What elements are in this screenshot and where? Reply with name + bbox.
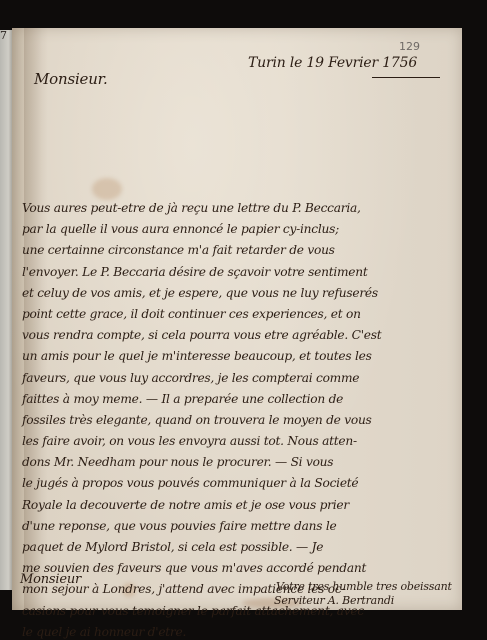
body-line: me souvien des faveurs que vous m'aves a… bbox=[22, 558, 452, 579]
folio-number: 129 bbox=[399, 40, 420, 53]
body-line: dons Mr. Needham pour nous le procurer. … bbox=[22, 452, 452, 473]
body-line: et celuy de vos amis, et je espere, que … bbox=[22, 283, 452, 304]
body-line: paquet de Mylord Bristol, si cela est po… bbox=[22, 537, 452, 558]
body-line: vous rendra compte, si cela pourra vous … bbox=[22, 325, 452, 346]
dateline: Turin le 19 Fevrier 1756 bbox=[248, 55, 417, 71]
body-line: d'une reponse, que vous pouvies faire me… bbox=[22, 516, 452, 537]
body-line: faveurs, que vous luy accordres, je les … bbox=[22, 368, 452, 389]
document-scan: 7 129 Turin le 19 Fevrier 1756 Monsieur.… bbox=[0, 0, 487, 640]
body-line: Royale la decouverte de notre amis et je… bbox=[22, 495, 452, 516]
body-line: point cette grace, il doit continuer ces… bbox=[22, 304, 452, 325]
previous-page-edge bbox=[0, 30, 12, 590]
body-line: Vous aures peut-etre de jà reçu une lett… bbox=[22, 198, 452, 219]
signature-line: Votre tres humble tres obeissant bbox=[276, 580, 452, 593]
body-line: faittes à moy meme. — Il a preparée une … bbox=[22, 389, 452, 410]
body-line: les faire avoir, on vous les envoyra aus… bbox=[22, 431, 452, 452]
letter-body: Vous aures peut-etre de jà reçu une lett… bbox=[22, 198, 452, 640]
signature-name: Serviteur A. Bertrandi bbox=[274, 594, 394, 607]
body-line: le jugés à propos vous pouvés communique… bbox=[22, 473, 452, 494]
dateline-underline bbox=[372, 77, 440, 78]
foxing-stain bbox=[92, 178, 122, 200]
body-line: le quel je ai honneur d'etre. bbox=[22, 622, 452, 640]
body-line: une certainne circonstance m'a fait reta… bbox=[22, 240, 452, 261]
body-line: fossiles très elegante, quand on trouver… bbox=[22, 410, 452, 431]
body-line: un amis pour le quel je m'interesse beau… bbox=[22, 346, 452, 367]
body-line: l'envoyer. Le P. Beccaria désire de sçav… bbox=[22, 262, 452, 283]
closing: Monsieur bbox=[20, 572, 81, 587]
salutation: Monsieur. bbox=[34, 70, 108, 88]
previous-page-mark: 7 bbox=[0, 30, 7, 41]
body-line: par la quelle il vous aura ennoncé le pa… bbox=[22, 219, 452, 240]
